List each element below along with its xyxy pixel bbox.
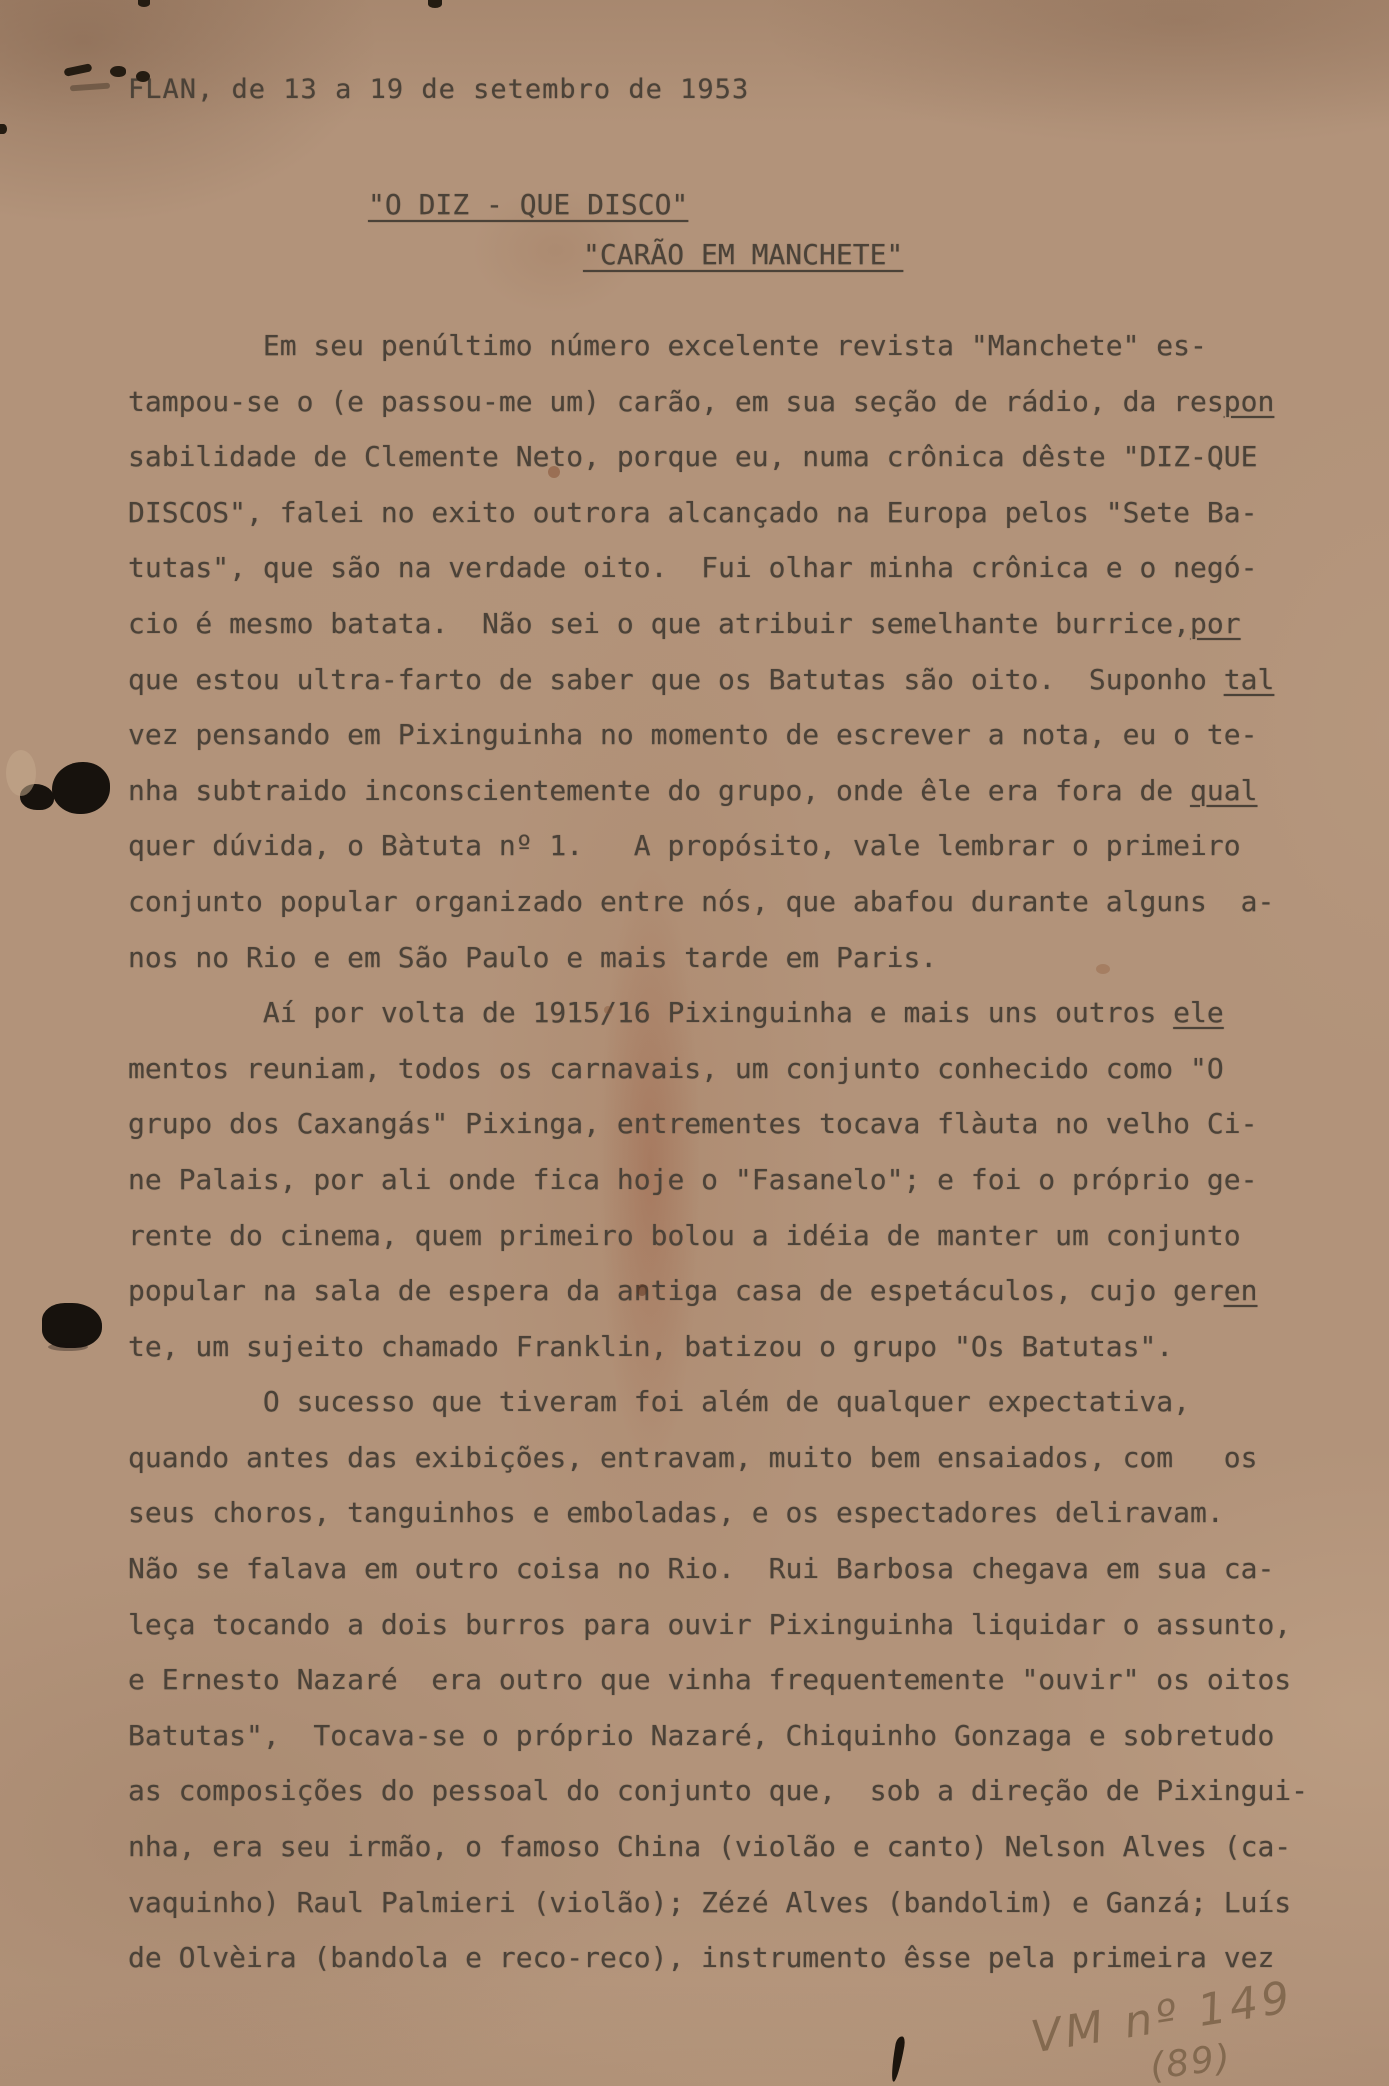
dateline: FLAN, de 13 a 19 de setembro de 1953 xyxy=(128,74,749,105)
pen-scribble xyxy=(136,71,150,82)
underlined-fragment: pon xyxy=(1224,385,1275,418)
typed-line: seus choros, tanguinhos e emboladas, e o… xyxy=(128,1485,1308,1541)
ink-speck xyxy=(138,0,150,7)
typed-line: DISCOS", falei no exito outrora alcançad… xyxy=(128,485,1308,541)
ink-blot xyxy=(42,1303,102,1348)
typed-line: e Ernesto Nazaré era outro que vinha fre… xyxy=(128,1652,1308,1708)
typed-line: Batutas", Tocava-se o próprio Nazaré, Ch… xyxy=(128,1708,1308,1764)
typed-line: popular na sala de espera da antiga casa… xyxy=(128,1263,1308,1319)
page-subtitle: "CARÃO EM MANCHETE" xyxy=(583,238,903,271)
page-title-text: "O DIZ - QUE DISCO" xyxy=(368,188,688,221)
page-title: "O DIZ - QUE DISCO" xyxy=(368,188,688,221)
typed-line: vez pensando em Pixinguinha no momento d… xyxy=(128,707,1308,763)
pen-scribble xyxy=(110,66,126,77)
handwritten-page-number: (89) xyxy=(1148,2037,1234,2086)
underlined-fragment: qual xyxy=(1190,774,1257,807)
typed-line: nos no Rio e em São Paulo e mais tarde e… xyxy=(128,930,1308,986)
paper-stain xyxy=(548,466,560,478)
typed-line: ne Palais, por ali onde fica hoje o "Fas… xyxy=(128,1152,1308,1208)
typed-line: Não se falava em outro coisa no Rio. Rui… xyxy=(128,1541,1308,1597)
typed-line: cio é mesmo batata. Não sei o que atribu… xyxy=(128,596,1308,652)
underlined-fragment: tal xyxy=(1224,663,1275,696)
body-text: Em seu penúltimo número excelente revist… xyxy=(128,318,1308,1986)
typed-line: de Olvèira (bandola e reco-reco), instru… xyxy=(128,1930,1308,1986)
paper-stain xyxy=(1096,964,1110,974)
typed-line: as composições do pessoal do conjunto qu… xyxy=(128,1763,1308,1819)
typed-line: quando antes das exibições, entravam, mu… xyxy=(128,1430,1308,1486)
typed-line: nha, era seu irmão, o famoso China (viol… xyxy=(128,1819,1308,1875)
paper-stain xyxy=(604,1006,612,1014)
typed-line: rente do cinema, quem primeiro bolou a i… xyxy=(128,1208,1308,1264)
typed-line: O sucesso que tiveram foi além de qualqu… xyxy=(128,1374,1308,1430)
underlined-fragment: en xyxy=(1224,1274,1258,1307)
underlined-fragment: ele xyxy=(1173,996,1224,1029)
typed-line: leça tocando a dois burros para ouvir Pi… xyxy=(128,1597,1308,1653)
paper-stain xyxy=(637,1284,647,1296)
pen-scribble xyxy=(70,83,110,92)
ink-speck xyxy=(428,0,442,8)
typed-line: que estou ultra-farto de saber que os Ba… xyxy=(128,652,1308,708)
typed-line: vaquinho) Raul Palmieri (violão); Zézé A… xyxy=(128,1875,1308,1931)
typed-line: quer dúvida, o Bàtuta nº 1. A propósito,… xyxy=(128,818,1308,874)
pen-scribble xyxy=(63,63,92,77)
typed-line: tutas", que são na verdade oito. Fui olh… xyxy=(128,540,1308,596)
typed-line: conjunto popular organizado entre nós, q… xyxy=(128,874,1308,930)
typed-line: grupo dos Caxangás" Pixinga, entrementes… xyxy=(128,1096,1308,1152)
typed-line: Aí por volta de 1915/16 Pixinguinha e ma… xyxy=(128,985,1308,1041)
pen-stroke xyxy=(889,2036,906,2083)
typed-line: te, um sujeito chamado Franklin, batizou… xyxy=(128,1319,1308,1375)
underlined-fragment: por xyxy=(1190,607,1241,640)
typed-line: Em seu penúltimo número excelente revist… xyxy=(128,318,1308,374)
typed-line: sabilidade de Clemente Neto, porque eu, … xyxy=(128,429,1308,485)
scanned-typewritten-page: { "document": { "header": "FLAN, de 13 a… xyxy=(0,0,1389,2086)
typed-line: mentos reuniam, todos os carnavais, um c… xyxy=(128,1041,1308,1097)
page-subtitle-text: "CARÃO EM MANCHETE" xyxy=(583,238,903,271)
ink-blot xyxy=(52,762,110,814)
typed-line: nha subtraido inconscientemente do grupo… xyxy=(128,763,1308,819)
ink-speck xyxy=(0,124,7,134)
typed-line: tampou-se o (e passou-me um) carão, em s… xyxy=(128,374,1308,430)
